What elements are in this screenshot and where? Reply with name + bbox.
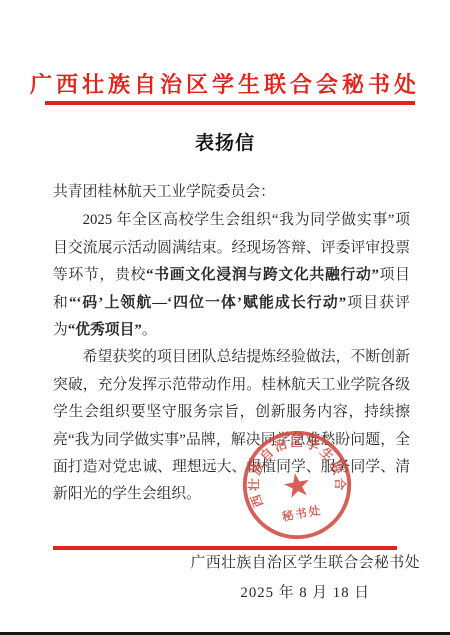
- paragraph: 希望获奖的项目团队总结提炼经验做法，不断创新突破，充分发挥示范带动作用。桂林航天…: [53, 344, 410, 508]
- signature-inner: 广西壮族自治区学生联合会秘书处 2025 年 8 月 18 日: [191, 551, 420, 602]
- letter-body: 共青团桂林航天工业学院委员会： 2025 年全区高校学生会组织“我为同学做实事”…: [53, 179, 410, 509]
- paragraph: 2025 年全区高校学生会组织“我为同学做实事”项目交流展示活动圆满结束。经现场…: [53, 207, 410, 344]
- emphasized-text: “‘码’上领航—‘四位一体’赋能成长行动”: [69, 295, 346, 311]
- emphasized-text: “书画文化浸润与跨文化共融行动”: [146, 267, 379, 283]
- signature-date: 2025 年 8 月 18 日: [191, 581, 420, 602]
- body-paragraphs: 2025 年全区高校学生会组织“我为同学做实事”项目交流展示活动圆满结束。经现场…: [53, 207, 410, 508]
- footer-double-rule: [53, 546, 397, 550]
- letterhead-org-name: 广西壮族自治区学生联合会秘书处: [0, 0, 450, 97]
- letter-title: 表扬信: [0, 128, 450, 155]
- signature-org: 广西壮族自治区学生联合会秘书处: [191, 551, 420, 572]
- body-text: 希望获奖的项目团队总结提炼经验做法，不断创新突破，充分发挥示范带动作用。桂林航天…: [53, 349, 410, 502]
- emphasized-text: “优秀项目”: [68, 322, 142, 338]
- letter-page: 广西壮族自治区学生联合会秘书处 表扬信 共青团桂林航天工业学院委员会： 2025…: [0, 0, 450, 635]
- letterhead-double-rule: [45, 101, 415, 105]
- salutation: 共青团桂林航天工业学院委员会：: [53, 179, 410, 206]
- signature-block: 广西壮族自治区学生联合会秘书处 2025 年 8 月 18 日: [0, 551, 450, 602]
- body-text: 。: [142, 322, 157, 338]
